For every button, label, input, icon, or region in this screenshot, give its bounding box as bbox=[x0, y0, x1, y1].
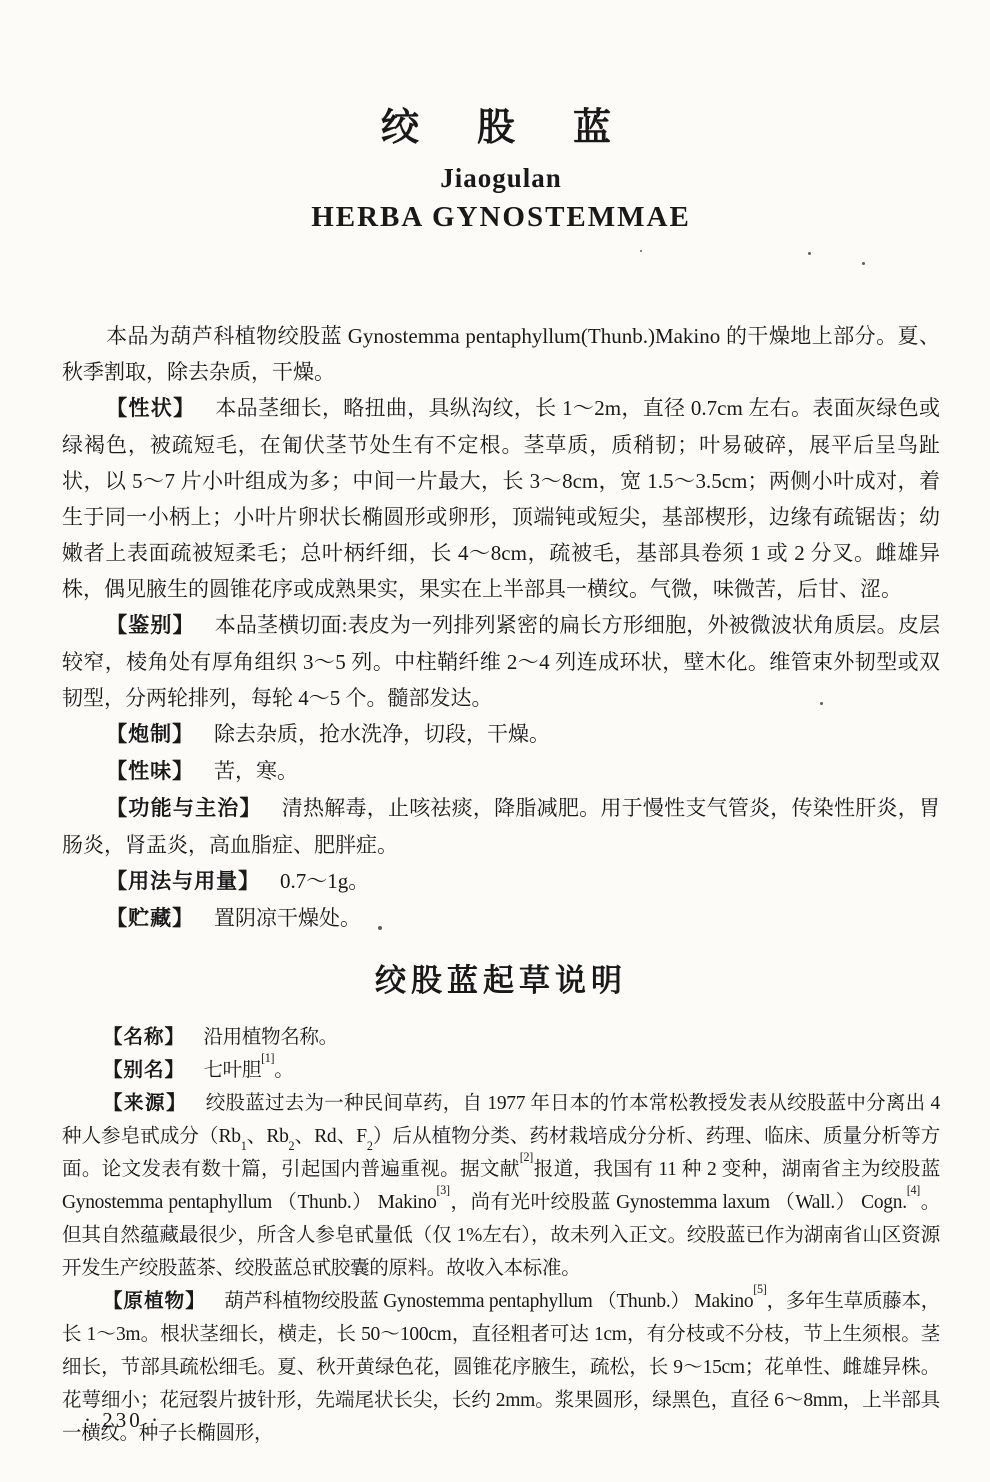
section-label-taste: 【性味】 bbox=[106, 760, 194, 783]
scan-speck bbox=[640, 250, 642, 252]
section-text-original-plant: 葫芦科植物绞股蓝 Gynostemma pentaphyllum （Thunb.… bbox=[62, 1291, 940, 1444]
para-intro: 本品为葫芦科植物绞股蓝 Gynostemma pentaphyllum(Thun… bbox=[62, 318, 940, 390]
section-label-properties: 【性状】 bbox=[106, 397, 195, 420]
section-label-dosage: 【用法与用量】 bbox=[106, 870, 260, 893]
para-properties: 【性状】本品茎细长，略扭曲，具纵沟纹，长 1～2m，直径 0.7cm 左右。表面… bbox=[62, 390, 940, 607]
section-text-source: 绞股蓝过去为一种民间草药，自 1977 年日本的竹本常松教授发表从绞股蓝中分离出… bbox=[62, 1093, 940, 1279]
section-label-source: 【来源】 bbox=[103, 1092, 187, 1114]
para-source: 【来源】绞股蓝过去为一种民间草药，自 1977 年日本的竹本常松教授发表从绞股蓝… bbox=[62, 1087, 940, 1285]
drug-title-pinyin: Jiaogulan bbox=[62, 162, 940, 194]
section-label-original-plant: 【原植物】 bbox=[103, 1290, 206, 1312]
section-text-processing: 除去杂质，抢水洗净，切段，干燥。 bbox=[214, 722, 550, 746]
intro-text: 本品为葫芦科植物绞股蓝 Gynostemma pentaphyllum(Thun… bbox=[62, 324, 940, 384]
section-text-name: 沿用植物名称。 bbox=[203, 1027, 337, 1048]
section-label-identification: 【鉴别】 bbox=[106, 614, 195, 637]
scan-speck bbox=[820, 702, 823, 705]
section-text-properties: 本品茎细长，略扭曲，具纵沟纹，长 1～2m，直径 0.7cm 左右。表面灰绿色或… bbox=[62, 396, 940, 601]
section-text-taste: 苦，寒。 bbox=[214, 759, 298, 783]
section-label-functions: 【功能与主治】 bbox=[106, 797, 262, 820]
para-storage: 【贮藏】置阴凉干燥处。 bbox=[62, 900, 940, 937]
section-text-dosage: 0.7～1g。 bbox=[280, 869, 369, 893]
draft-notes-body: 【名称】沿用植物名称。 【别名】七叶胆[1]。 【来源】绞股蓝过去为一种民间草药… bbox=[62, 1021, 940, 1450]
para-name: 【名称】沿用植物名称。 bbox=[62, 1021, 940, 1054]
para-taste: 【性味】苦，寒。 bbox=[62, 753, 940, 790]
scan-speck bbox=[862, 262, 865, 265]
page-number: · 230 · bbox=[84, 1408, 161, 1433]
drug-title-latin: HERBA GYNOSTEMMAE bbox=[62, 200, 940, 234]
para-dosage: 【用法与用量】0.7～1g。 bbox=[62, 863, 940, 900]
section-label-alias: 【别名】 bbox=[103, 1059, 185, 1081]
page-content: 绞 股 蓝 Jiaogulan HERBA GYNOSTEMMAE 本品为葫芦科… bbox=[62, 0, 940, 1450]
scanned-document-page: 绞 股 蓝 Jiaogulan HERBA GYNOSTEMMAE 本品为葫芦科… bbox=[0, 0, 990, 1482]
drug-title-chinese: 绞 股 蓝 bbox=[62, 106, 940, 150]
section-text-alias: 七叶胆[1]。 bbox=[203, 1060, 293, 1081]
para-processing: 【炮制】除去杂质，抢水洗净，切段，干燥。 bbox=[62, 716, 940, 753]
para-functions: 【功能与主治】清热解毒，止咳祛痰，降脂减肥。用于慢性支气管炎，传染性肝炎，胃肠炎… bbox=[62, 790, 940, 863]
monograph-body: 本品为葫芦科植物绞股蓝 Gynostemma pentaphyllum(Thun… bbox=[62, 318, 940, 937]
scan-speck bbox=[378, 926, 382, 930]
draft-notes-heading: 绞股蓝起草说明 bbox=[62, 963, 940, 999]
para-original-plant: 【原植物】葫芦科植物绞股蓝 Gynostemma pentaphyllum （T… bbox=[62, 1285, 940, 1450]
para-alias: 【别名】七叶胆[1]。 bbox=[62, 1054, 940, 1087]
scan-speck bbox=[808, 252, 811, 255]
section-label-storage: 【贮藏】 bbox=[106, 907, 194, 930]
section-label-name: 【名称】 bbox=[103, 1026, 185, 1048]
para-identification: 【鉴别】本品茎横切面:表皮为一列排列紧密的扁长方形细胞，外被微波状角质层。皮层较… bbox=[62, 607, 940, 716]
section-label-processing: 【炮制】 bbox=[106, 723, 194, 746]
section-text-storage: 置阴凉干燥处。 bbox=[214, 906, 361, 930]
